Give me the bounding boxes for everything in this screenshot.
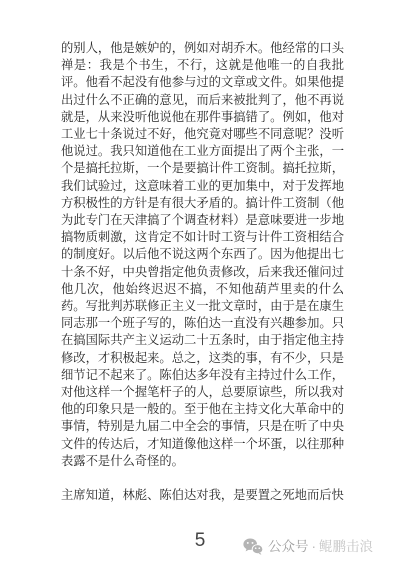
- watermark-separator: ·: [312, 539, 317, 555]
- body-text: 的别人，他是嫉妒的，例如对胡乔木。他经常的口头禅是：我是个书生，不行，这就是他唯…: [61, 40, 344, 504]
- watermark-prefix: 公众号: [268, 539, 309, 555]
- document-page: 的别人，他是嫉妒的，例如对胡乔木。他经常的口头禅是：我是个书生，不行，这就是他唯…: [0, 0, 400, 565]
- body-paragraph: 主席知道，林彪、陈伯达对我，是要置之死地而后快: [61, 487, 344, 504]
- body-paragraph: 的别人，他是嫉妒的，例如对胡乔木。他经常的口头禅是：我是个书生，不行，这就是他唯…: [61, 40, 344, 470]
- wechat-icon: [243, 538, 263, 555]
- watermark: 公众号 · 鲲鹏击浪: [243, 538, 373, 555]
- watermark-account-name: 鲲鹏击浪: [319, 539, 373, 555]
